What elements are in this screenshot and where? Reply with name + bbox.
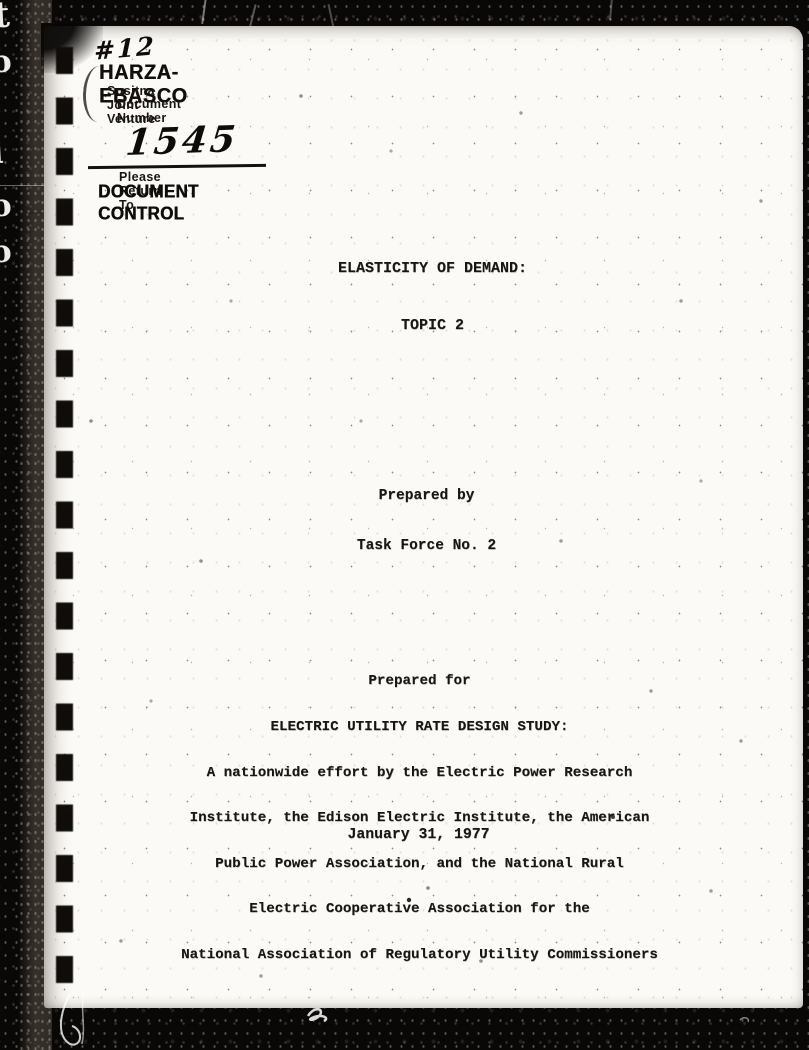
handwritten-document-number: 1545 [124, 118, 241, 164]
prepared-by-block: Prepared by Task Force No. 2 [47, 455, 806, 587]
prepared-for-line: ELECTRIC UTILITY RATE DESIGN STUDY: [40, 720, 799, 735]
prepared-for-line: Electric Cooperative Association for the [40, 902, 799, 917]
scan-scratch [328, 4, 334, 28]
prepared-for-line: Public Power Association, and the Nation… [40, 857, 799, 872]
prepared-by-label: Prepared by [47, 488, 806, 505]
stamp-underline [88, 164, 266, 169]
edge-scribble: o [0, 43, 13, 80]
document-page: #12 HARZA-EBASCO Susitna Joint Venture D… [44, 26, 803, 1008]
edge-scribble: t [0, 0, 11, 36]
document-title: ELASTICITY OF DEMAND: TOPIC 2 [53, 221, 809, 373]
prepared-for-block: Prepared for ELECTRIC UTILITY RATE DESIG… [40, 644, 799, 994]
edge-scribble: o [0, 187, 13, 224]
edge-scribble: o [0, 233, 13, 270]
toner-specks [44, 26, 46, 28]
prepared-for-line: Prepared for [40, 674, 799, 689]
prepared-by-author: Task Force No. 2 [47, 538, 806, 555]
prepared-for-line: Institute, the Edison Electric Institute… [40, 811, 799, 826]
scan-scratch [609, 0, 612, 20]
prepared-for-line: A nationwide effort by the Electric Powe… [40, 766, 799, 781]
title-line-1: ELASTICITY OF DEMAND: [53, 259, 809, 278]
scan-scratch [201, 0, 206, 24]
scanned-document: t o l o o #12 HARZA-EBASCO Susitna Joint… [0, 0, 809, 1050]
edge-scribble: l [0, 136, 4, 172]
bottom-edge-scribbles [40, 992, 770, 1048]
stamp-document-control-label: DOCUMENT CONTROL [98, 181, 199, 225]
title-line-2: TOPIC 2 [53, 316, 809, 335]
document-date: January 31, 1977 [39, 827, 798, 843]
prepared-for-line: National Association of Regulatory Utili… [40, 948, 799, 963]
